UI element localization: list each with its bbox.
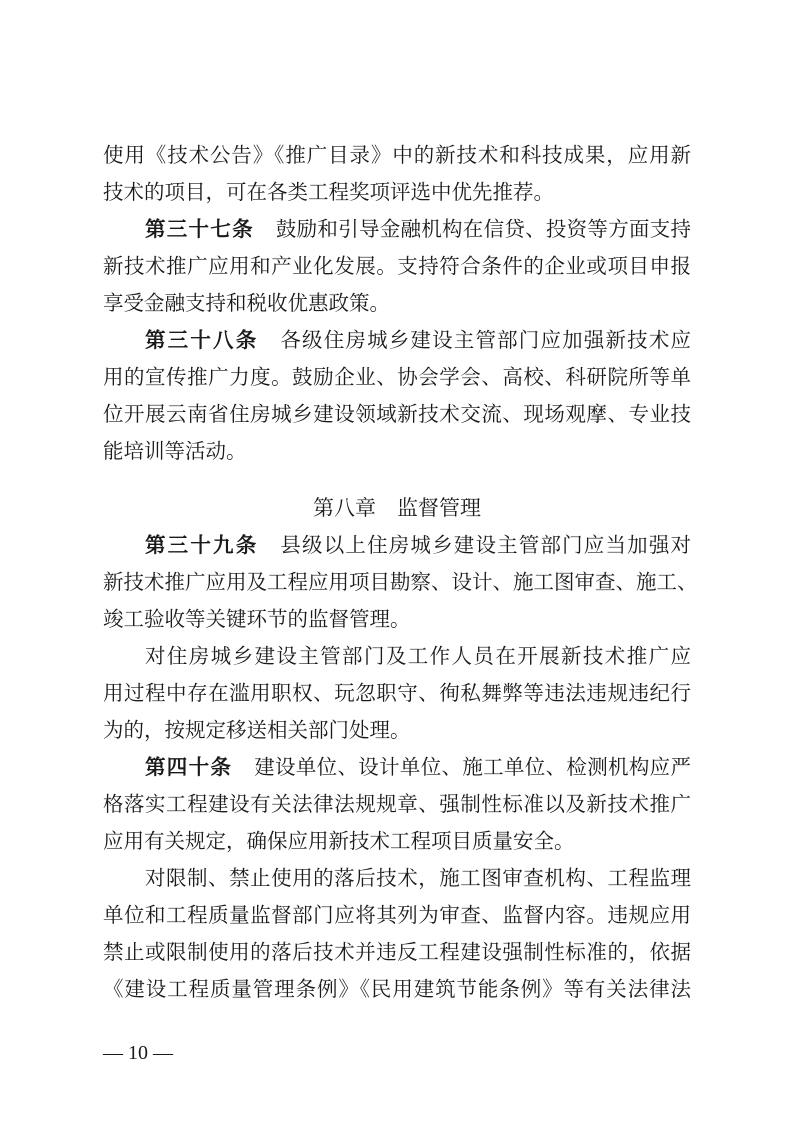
paragraph-line: 能培训等活动。 bbox=[103, 433, 691, 470]
paragraph-line: 用的宣传推广力度。鼓励企业、协会学会、高校、科研院所等单 bbox=[103, 359, 691, 396]
paragraph-line: 享受金融支持和税收优惠政策。 bbox=[103, 285, 691, 322]
article-number: 第四十条 bbox=[145, 755, 232, 779]
article-number: 第三十八条 bbox=[145, 328, 258, 352]
page-number: — 10 — bbox=[103, 1040, 173, 1066]
paragraph-line: 格落实工程建设有关法律法规规章、强制性标准以及新技术推广 bbox=[103, 786, 691, 823]
paragraph-line: 新技术推广应用和产业化发展。支持符合条件的企业或项目申报 bbox=[103, 248, 691, 285]
paragraph-line: 为的，按规定移送相关部门处理。 bbox=[103, 712, 691, 749]
paragraph-line: 对住房城乡建设主管部门及工作人员在开展新技术推广应 bbox=[145, 638, 691, 675]
paragraph-line: 用过程中存在滥用职权、玩忽职守、徇私舞弊等违法违规违纪行 bbox=[103, 675, 691, 712]
article-number: 第三十七条 bbox=[145, 217, 254, 241]
article-37-first-line: 第三十七条鼓励和引导金融机构在信贷、投资等方面支持 bbox=[145, 211, 691, 248]
chapter-heading: 第八章 监督管理 bbox=[103, 490, 691, 527]
paragraph-line: 竣工验收等关键环节的监督管理。 bbox=[103, 601, 691, 638]
paragraph-line: 应用有关规定，确保应用新技术工程项目质量安全。 bbox=[103, 823, 691, 860]
article-number: 第三十九条 bbox=[145, 533, 258, 557]
paragraph-line: 新技术推广应用及工程应用项目勘察、设计、施工图审查、施工、 bbox=[103, 564, 691, 601]
paragraph-line: 使用《技术公告》《推广目录》中的新技术和科技成果，应用新 bbox=[103, 137, 691, 174]
article-38-first-line: 第三十八条各级住房城乡建设主管部门应加强新技术应 bbox=[145, 322, 691, 359]
article-text: 建设单位、设计单位、施工单位、检测机构应严 bbox=[254, 755, 691, 779]
article-40-first-line: 第四十条建设单位、设计单位、施工单位、检测机构应严 bbox=[145, 749, 691, 786]
article-text: 各级住房城乡建设主管部门应加强新技术应 bbox=[280, 328, 691, 352]
paragraph-line: 单位和工程质量监督部门应将其列为审查、监督内容。违规应用 bbox=[103, 897, 691, 934]
paragraph-line: 对限制、禁止使用的落后技术，施工图审查机构、工程监理 bbox=[145, 860, 691, 897]
paragraph-line: 位开展云南省住房城乡建设领域新技术交流、现场观摩、专业技 bbox=[103, 396, 691, 433]
paragraph-line: 禁止或限制使用的落后技术并违反工程建设强制性标准的，依据 bbox=[103, 934, 691, 971]
article-text: 鼓励和引导金融机构在信贷、投资等方面支持 bbox=[276, 217, 691, 241]
article-39-first-line: 第三十九条县级以上住房城乡建设主管部门应当加强对 bbox=[145, 527, 691, 564]
paragraph-line: 《建设工程质量管理条例》《民用建筑节能条例》等有关法律法 bbox=[103, 971, 691, 1008]
paragraph-line: 技术的项目，可在各类工程奖项评选中优先推荐。 bbox=[103, 174, 691, 211]
article-text: 县级以上住房城乡建设主管部门应当加强对 bbox=[280, 533, 691, 557]
